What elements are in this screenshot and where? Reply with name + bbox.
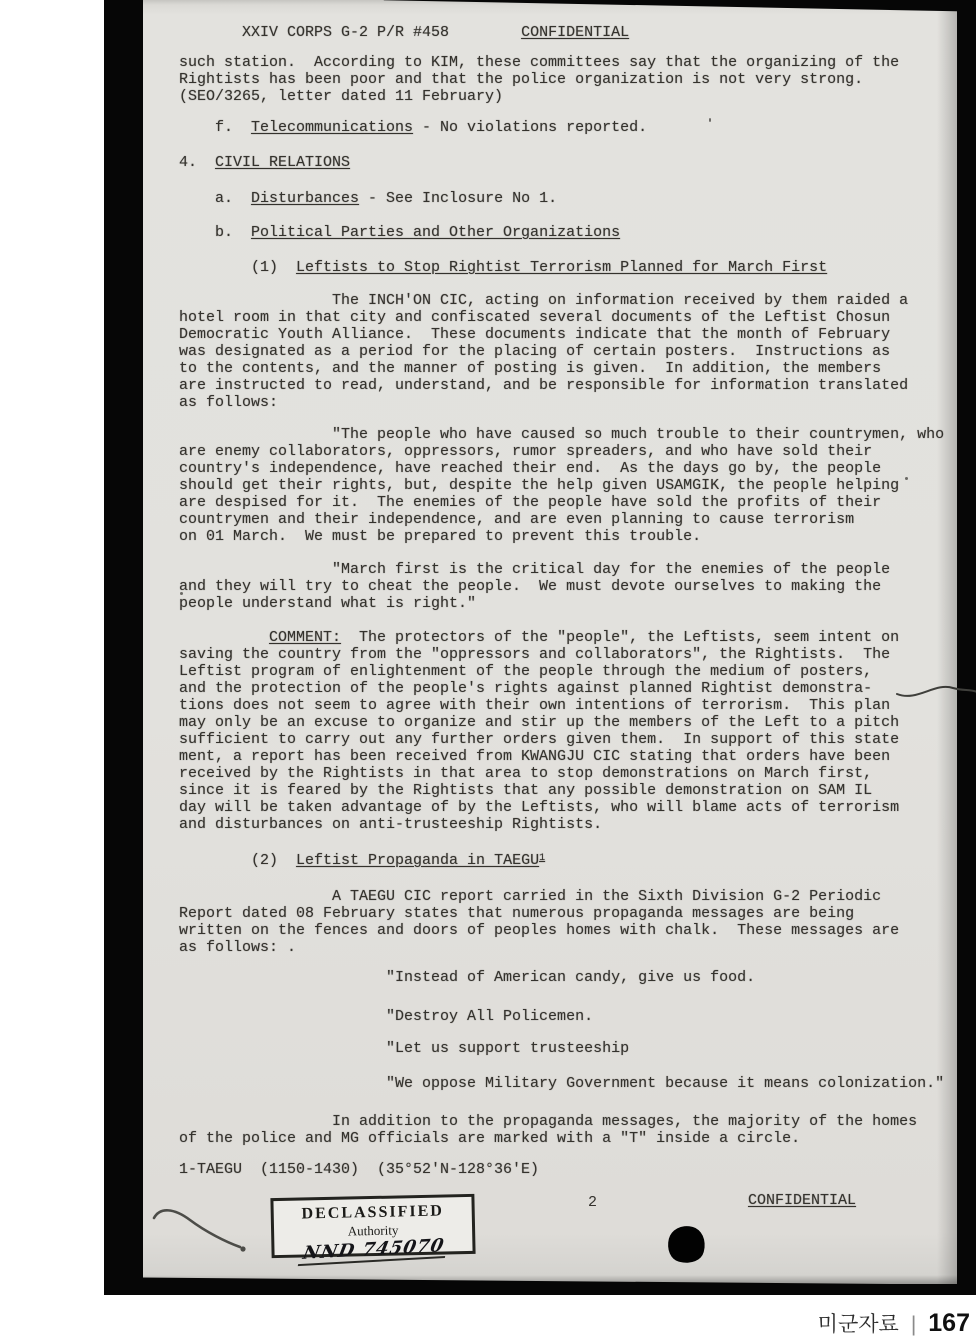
text-line: 1-TAEGU (1150-1430) (35°52'N-128°36'E) xyxy=(179,1161,971,1178)
text-line: day will be taken advantage of by the Le… xyxy=(179,799,971,816)
stamp-authority-number: NND 745070 xyxy=(298,1235,449,1266)
footer-classification: CONFIDENTIAL xyxy=(748,1192,856,1209)
photo-frame: XXIV CORPS G-2 P/R #458 CONFIDENTIALsuch… xyxy=(0,0,976,1336)
text-line: Leftist program of enlightenment of the … xyxy=(179,663,971,680)
telecom: f. Telecommunications - No violations re… xyxy=(179,119,971,136)
leftists-heading: (1) Leftists to Stop Rightist Terrorism … xyxy=(179,259,971,276)
document-text: XXIV CORPS G-2 P/R #458 CONFIDENTIALsuch… xyxy=(179,24,971,1178)
heading-line: f. Telecommunications - No violations re… xyxy=(179,119,971,136)
intro: such station. According to KIM, these co… xyxy=(179,54,971,105)
text-line: sufficient to carry out any further orde… xyxy=(179,731,971,748)
text-line: of the police and MG officials are marke… xyxy=(179,1130,971,1147)
caption-label: 미군자료 xyxy=(818,1313,899,1336)
chalk4: "We oppose Military Government because i… xyxy=(179,1075,971,1092)
text-line: saving the country from the "oppressors … xyxy=(179,646,971,663)
text-line: "Destroy All Policemen. xyxy=(179,1008,971,1025)
text-line: Democratic Youth Alliance. These documen… xyxy=(179,326,971,343)
propaganda-heading: (2) Leftist Propaganda in TAEGU1 xyxy=(179,852,971,869)
text-line: and the protection of the people's right… xyxy=(179,680,971,697)
text-line: "Instead of American candy, give us food… xyxy=(179,969,971,986)
archive-caption: 미군자료|167 xyxy=(818,1308,970,1336)
header: XXIV CORPS G-2 P/R #458 CONFIDENTIAL xyxy=(179,24,971,41)
political-parties: b. Political Parties and Other Organizat… xyxy=(179,224,971,241)
dust-speck xyxy=(905,477,908,480)
text-line: (SEO/3265, letter dated 11 February) xyxy=(179,88,971,105)
text-line: people understand what is right." xyxy=(179,595,971,612)
disturbances: a. Disturbances - See Inclosure No 1. xyxy=(179,190,971,207)
scanner-background: XXIV CORPS G-2 P/R #458 CONFIDENTIALsuch… xyxy=(104,0,976,1295)
text-line: was designated as a period for the placi… xyxy=(179,343,971,360)
quote1: "The people who have caused so much trou… xyxy=(179,426,971,545)
heading-line: COMMENT: The protectors of the "people",… xyxy=(179,629,971,646)
page-number: 2 xyxy=(588,1194,597,1211)
text-line: and disturbances on anti-trusteeship Rig… xyxy=(179,816,971,833)
text-line: countrymen and their independence, and a… xyxy=(179,511,971,528)
text-line: A TAEGU CIC report carried in the Sixth … xyxy=(179,888,971,905)
text-line: ment, a report has been received from KW… xyxy=(179,748,971,765)
heading-line: b. Political Parties and Other Organizat… xyxy=(179,224,971,241)
text-line: and they will try to cheat the people. W… xyxy=(179,578,971,595)
stamp-authority-line: Authority NND 745070 xyxy=(274,1221,473,1264)
text-line: received by the Rightists in that area t… xyxy=(179,765,971,782)
pencil-mark xyxy=(148,1202,252,1256)
text-line: "March first is the critical day for the… xyxy=(179,561,971,578)
text-line: tions does not seem to agree with their … xyxy=(179,697,971,714)
text-line: as follows: . xyxy=(179,939,971,956)
text-line: "The people who have caused so much trou… xyxy=(179,426,971,443)
heading-line: (1) Leftists to Stop Rightist Terrorism … xyxy=(179,259,971,276)
caption-page-number: 167 xyxy=(928,1309,970,1336)
heading-line: 4. CIVIL RELATIONS xyxy=(179,154,971,171)
text-line: may only be an excuse to organize and st… xyxy=(179,714,971,731)
text-line: The INCH'ON CIC, acting on information r… xyxy=(179,292,971,309)
text-line: are despised for it. The enemies of the … xyxy=(179,494,971,511)
text-line: written on the fences and doors of peopl… xyxy=(179,922,971,939)
text-line: on 01 March. We must be prepared to prev… xyxy=(179,528,971,545)
addition-para: In addition to the propaganda messages, … xyxy=(179,1113,971,1147)
text-line: as follows: xyxy=(179,394,971,411)
chalk2: "Destroy All Policemen. xyxy=(179,1008,971,1025)
declassified-stamp: DECLASSIFIED Authority NND 745070 xyxy=(270,1194,475,1258)
document-page: XXIV CORPS G-2 P/R #458 CONFIDENTIALsuch… xyxy=(143,0,957,1284)
chalk1: "Instead of American candy, give us food… xyxy=(179,969,971,986)
heading-line: (2) Leftist Propaganda in TAEGU1 xyxy=(179,852,971,869)
taegu-para: A TAEGU CIC report carried in the Sixth … xyxy=(179,888,971,956)
stamp-authority-label: Authority xyxy=(348,1222,399,1238)
handwritten-squiggle-mark xyxy=(895,678,976,706)
comment: COMMENT: The protectors of the "people",… xyxy=(179,629,971,833)
text-line: since it is feared by the Rightists that… xyxy=(179,782,971,799)
heading-line: a. Disturbances - See Inclosure No 1. xyxy=(179,190,971,207)
text-line: should get their rights, but, despite th… xyxy=(179,477,971,494)
text-line: "Let us support trusteeship xyxy=(179,1040,971,1057)
text-line: "We oppose Military Government because i… xyxy=(179,1075,971,1092)
caption-separator: | xyxy=(911,1313,916,1336)
text-line: such station. According to KIM, these co… xyxy=(179,54,971,71)
civil-relations: 4. CIVIL RELATIONS xyxy=(179,154,971,171)
heading-line: XXIV CORPS G-2 P/R #458 CONFIDENTIAL xyxy=(179,24,971,41)
dust-speck xyxy=(180,592,183,595)
text-line: are instructed to read, understand, and … xyxy=(179,377,971,394)
text-line: are enemy collaborators, oppressors, rum… xyxy=(179,443,971,460)
text-line: hotel room in that city and confiscated … xyxy=(179,309,971,326)
text-line: In addition to the propaganda messages, … xyxy=(179,1113,971,1130)
text-line: to the contents, and the manner of posti… xyxy=(179,360,971,377)
dust-speck xyxy=(709,118,711,122)
chalk3: "Let us support trusteeship xyxy=(179,1040,971,1057)
text-line: Rightists has been poor and that the pol… xyxy=(179,71,971,88)
text-line: country's independence, have reached the… xyxy=(179,460,971,477)
ink-blob xyxy=(664,1222,709,1267)
inchon-para: The INCH'ON CIC, acting on information r… xyxy=(179,292,971,411)
quote2: "March first is the critical day for the… xyxy=(179,561,971,612)
footnote: 1-TAEGU (1150-1430) (35°52'N-128°36'E) xyxy=(179,1161,971,1178)
text-line: Report dated 08 February states that num… xyxy=(179,905,971,922)
